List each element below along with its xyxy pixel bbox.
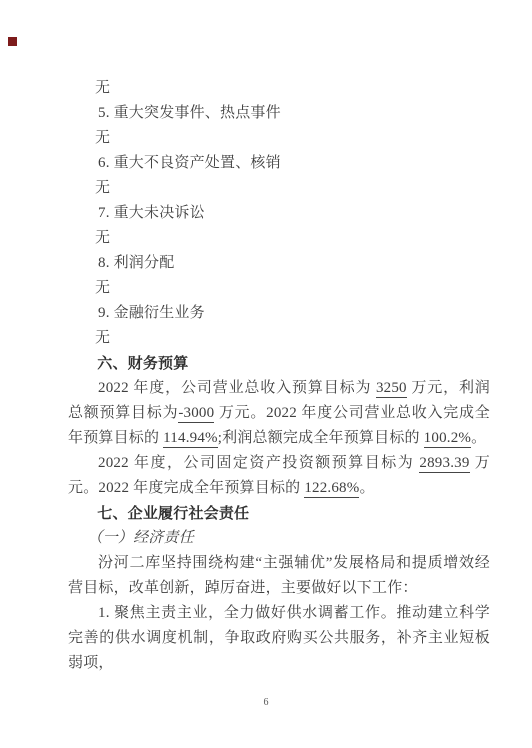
text-run: 2022 年度，公司营业总收入预算目标为: [98, 380, 376, 396]
text-run: ;利润总额完成全年预算目标的: [218, 430, 424, 446]
body-paragraph: 2022 年度，公司固定资产投资额预算目标为 2893.39 万元。2022 年…: [68, 451, 490, 501]
list-item-line: 7. 重大未决诉讼: [68, 201, 490, 226]
answer-line: 无: [68, 76, 490, 101]
list-item-line: 8. 利润分配: [68, 251, 490, 276]
answer-line: 无: [68, 276, 490, 301]
answer-line: 无: [68, 126, 490, 151]
text-run: 2022 年度，公司固定资产投资额预算目标为: [98, 455, 419, 471]
underlined-value: -3000: [178, 405, 214, 423]
page-number: 6: [0, 697, 532, 708]
answer-line: 无: [68, 326, 490, 351]
list-item-line: 5. 重大突发事件、热点事件: [68, 101, 490, 126]
answer-line: 无: [68, 176, 490, 201]
list-item-line: 9. 金融衍生业务: [68, 301, 490, 326]
body-paragraph: 2022 年度，公司营业总收入预算目标为 3250 万元，利润总额预算目标为-3…: [68, 376, 490, 451]
document-body: 无5. 重大突发事件、热点事件无6. 重大不良资产处置、核销无7. 重大未决诉讼…: [68, 76, 490, 676]
list-item-line: 6. 重大不良资产处置、核销: [68, 151, 490, 176]
underlined-value: 100.2%: [424, 430, 471, 448]
body-paragraph: 1. 聚焦主责主业，全力做好供水调蓄工作。推动建立科学完善的供水调度机制，争取政…: [68, 601, 490, 676]
body-paragraph: 汾河二库坚持围绕构建“主强辅优”发展格局和提质增效经营目标，改革创新，踔厉奋进，…: [68, 551, 490, 601]
underlined-value: 122.68%: [304, 480, 359, 498]
text-run: 。: [471, 430, 486, 446]
text-run: 1. 聚焦主责主业，全力做好供水调蓄工作。推动建立科学完善的供水调度机制，争取政…: [68, 605, 490, 671]
sub-section-heading: （一）经济责任: [68, 526, 490, 551]
text-run: 。: [359, 480, 374, 496]
section-heading: 六、财务预算: [68, 351, 490, 376]
underlined-value: 3250: [376, 380, 407, 398]
underlined-value: 2893.39: [419, 455, 469, 473]
document-page: 无5. 重大突发事件、热点事件无6. 重大不良资产处置、核销无7. 重大未决诉讼…: [0, 0, 532, 748]
text-run: 汾河二库坚持围绕构建“主强辅优”发展格局和提质增效经营目标，改革创新，踔厉奋进，…: [68, 555, 490, 596]
answer-line: 无: [68, 226, 490, 251]
scan-mark: [8, 37, 17, 46]
section-heading: 七、企业履行社会责任: [68, 501, 490, 526]
underlined-value: 114.94%: [163, 430, 218, 448]
